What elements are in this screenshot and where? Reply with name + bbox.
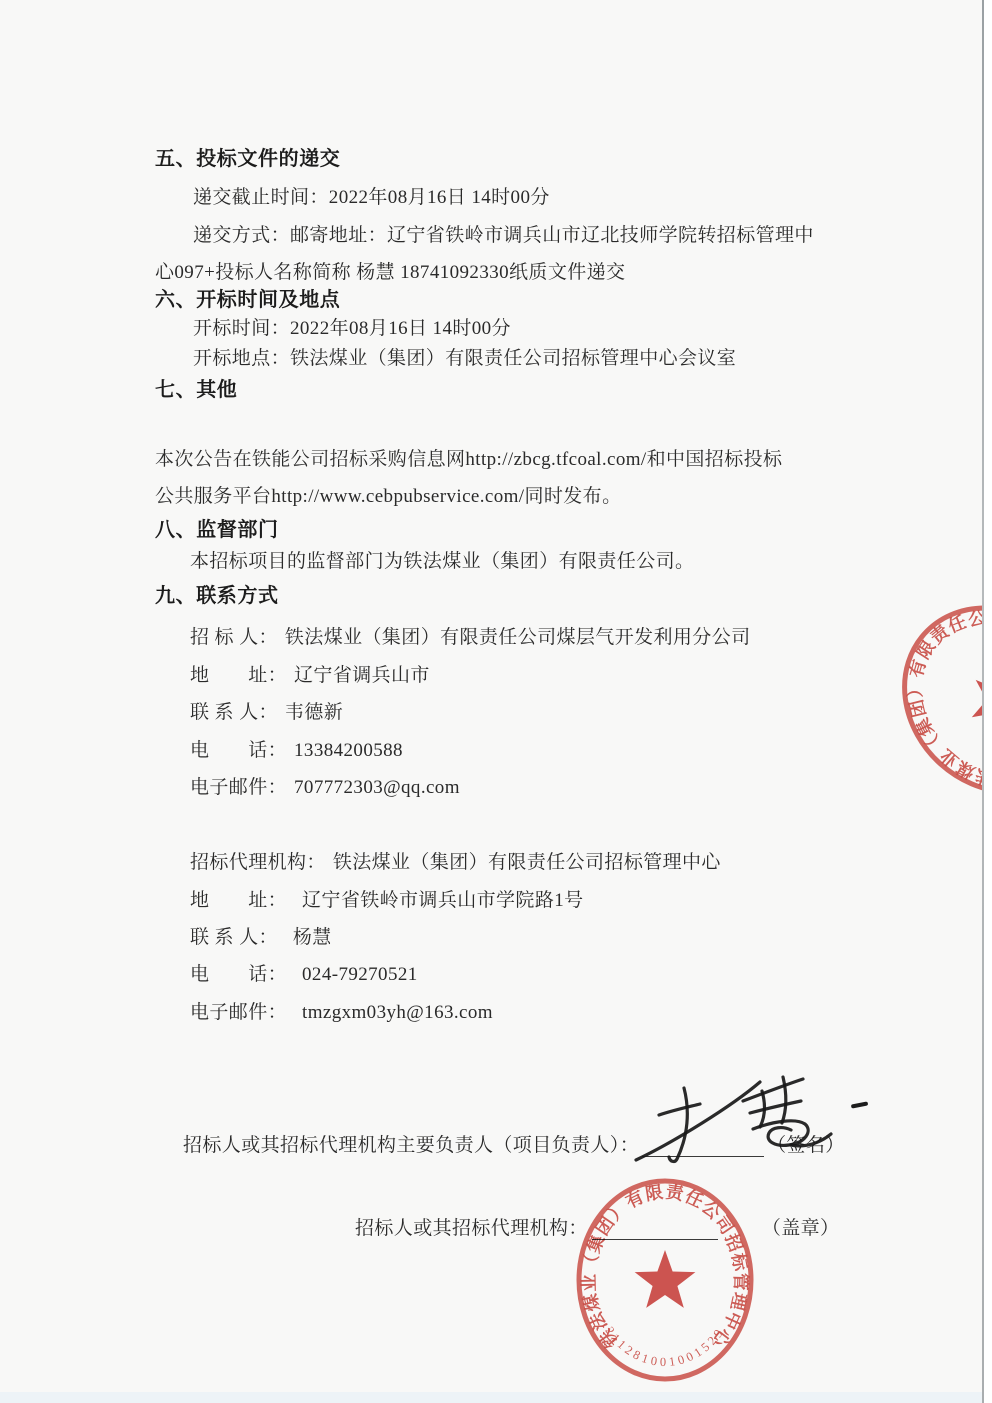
agency-name-row: 招标代理机构： 铁法煤业（集团）有限责任公司招标管理中心	[190, 847, 721, 874]
section-9-heading: 九、联系方式	[155, 583, 279, 609]
announce-line-2: 公共服务平台http://www.cebpubservice.com/同时发布。	[155, 484, 621, 510]
agency-contact-row: 联 系 人： 杨慧	[190, 922, 332, 949]
agency-contact-value: 杨慧	[293, 922, 332, 949]
supervisor-line: 本招标项目的监督部门为铁法煤业（集团）有限责任公司。	[190, 549, 694, 575]
tenderer-contact-row: 联 系 人： 韦德新	[190, 697, 343, 724]
tenderer-address-row: 地 址： 辽宁省调兵山市	[190, 660, 430, 687]
tenderer-contact-value: 韦德新	[285, 697, 343, 724]
tenderer-name-label: 招 标 人：	[190, 622, 278, 649]
tenderer-phone-value: 13384200588	[294, 740, 403, 762]
agency-phone-label: 电 话：	[190, 959, 287, 986]
agency-email-row: 电子邮件： tmzgxm03yh@163.com	[190, 997, 493, 1024]
scanned-document-page: 五、投标文件的递交 递交截止时间：2022年08月16日 14时00分 递交方式…	[0, 0, 992, 1403]
agency-round-stamp: 铁法煤业（集团）有限责任公司招标管理中心 211281001001529	[550, 1150, 780, 1403]
tenderer-address-label: 地 址：	[190, 660, 287, 687]
delivery-line-1: 递交方式：邮寄地址：辽宁省铁岭市调兵山市辽北技师学院转招标管理中	[193, 223, 814, 249]
agency-contact-label: 联 系 人：	[190, 922, 278, 949]
section-7-heading: 七、其他	[155, 377, 237, 403]
scan-edge-strip	[984, 0, 992, 1403]
announce-line-1: 本次公告在铁能公司招标采购信息网http://zbcg.tfcoal.com/和…	[155, 447, 782, 473]
tenderer-address-value: 辽宁省调兵山市	[294, 660, 430, 687]
open-time-line: 开标时间：2022年08月16日 14时00分	[193, 316, 511, 342]
agency-address-row: 地 址： 辽宁省铁岭市调兵山市学院路1号	[190, 885, 584, 912]
agency-email-label: 电子邮件：	[190, 997, 287, 1024]
tenderer-email-label: 电子邮件：	[190, 772, 287, 799]
agency-email-value: tmzgxm03yh@163.com	[302, 1002, 493, 1024]
deadline-line: 递交截止时间：2022年08月16日 14时00分	[193, 185, 550, 211]
tenderer-email-value: 707772303@qq.com	[294, 777, 460, 799]
tenderer-email-row: 电子邮件： 707772303@qq.com	[190, 772, 460, 799]
section-5-heading: 五、投标文件的递交	[155, 146, 340, 172]
agency-name-value: 铁法煤业（集团）有限责任公司招标管理中心	[333, 847, 721, 874]
agency-phone-row: 电 话： 024-79270521	[190, 959, 418, 986]
tenderer-name-row: 招 标 人： 铁法煤业（集团）有限责任公司煤层气开发利用分公司	[190, 622, 751, 649]
handwritten-signature	[632, 1066, 857, 1171]
open-place-line: 开标地点：铁法煤业（集团）有限责任公司招标管理中心会议室	[193, 346, 736, 372]
agency-phone-value: 024-79270521	[302, 964, 418, 986]
scan-edge-line	[982, 0, 984, 1403]
star-icon	[635, 1250, 696, 1308]
stamp-ring	[867, 570, 992, 830]
tenderer-name-value: 铁法煤业（集团）有限责任公司煤层气开发利用分公司	[285, 622, 751, 649]
tenderer-phone-row: 电 话： 13384200588	[190, 735, 403, 762]
tenderer-phone-label: 电 话：	[190, 735, 287, 762]
section-8-heading: 八、监督部门	[155, 517, 279, 543]
section-6-heading: 六、开标时间及地点	[155, 287, 340, 313]
agency-address-value: 辽宁省铁岭市调兵山市学院路1号	[302, 885, 584, 912]
delivery-line-2: 心097+投标人名称简称 杨慧 18741092330纸质文件递交	[155, 260, 625, 286]
agency-name-label: 招标代理机构：	[190, 847, 326, 874]
agency-address-label: 地 址：	[190, 885, 287, 912]
scan-bottom-band	[0, 1392, 992, 1403]
edge-round-stamp: 铁法煤业（集团）有限责任公司招标管理中心 211281001001529	[824, 528, 992, 873]
tenderer-contact-label: 联 系 人：	[190, 697, 278, 724]
